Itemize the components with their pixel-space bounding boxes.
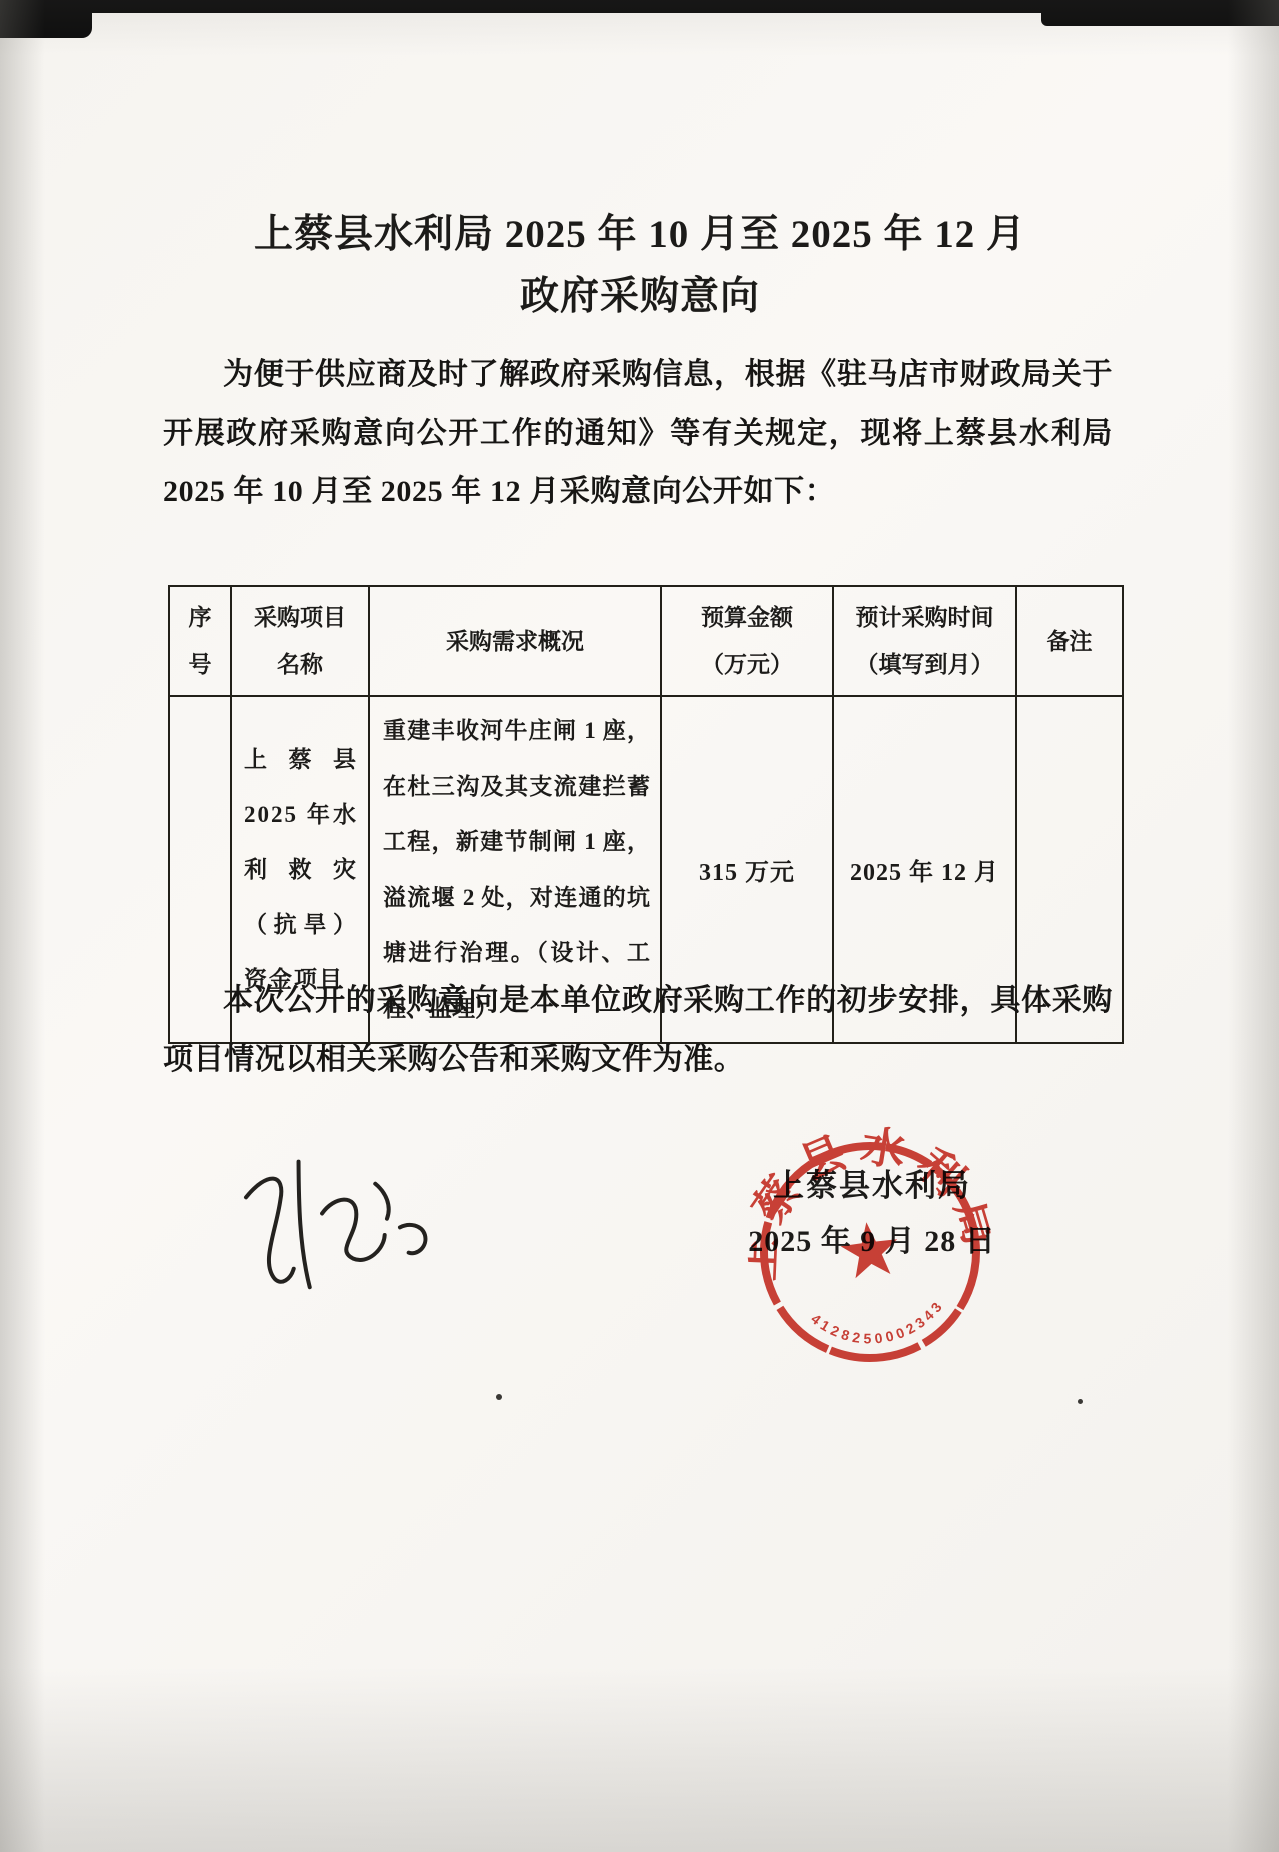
table-header-row: 序 号 采购项目 名称 采购需求概况 预算金额 （万元） 预计采购时间 （填写到… — [169, 586, 1123, 696]
official-red-seal: 上蔡县水利局 4128250002343 — [734, 1116, 1006, 1388]
scan-artifact-top-right — [1041, 0, 1279, 26]
document-title-line1: 上蔡县水利局 2025 年 10 月至 2025 年 12 月 — [160, 204, 1120, 266]
header-note: 备注 — [1016, 586, 1123, 696]
intro-paragraph: 为便于供应商及时了解政府采购信息，根据《驻马店市财政局关于开展政府采购意向公开工… — [163, 346, 1113, 522]
header-planned-time: 预计采购时间 （填写到月） — [833, 586, 1016, 696]
header-demand-overview: 采购需求概况 — [369, 586, 661, 696]
handwritten-signature — [232, 1146, 442, 1316]
header-seq: 序 号 — [169, 586, 231, 696]
scanned-document-page: 上蔡县水利局 2025 年 10 月至 2025 年 12 月 政府采购意向 为… — [0, 0, 1279, 1852]
header-project-name: 采购项目 名称 — [231, 586, 369, 696]
scan-dot-left — [496, 1394, 502, 1400]
document-title: 上蔡县水利局 2025 年 10 月至 2025 年 12 月 政府采购意向 — [160, 204, 1120, 328]
scan-dot-right — [1078, 1399, 1083, 1404]
scan-artifact-top-left — [0, 0, 92, 38]
header-budget: 预算金额 （万元） — [661, 586, 833, 696]
closing-paragraph: 本次公开的采购意向是本单位政府采购工作的初步安排，具体采购项目情况以相关采购公告… — [163, 972, 1113, 1089]
seal-star — [838, 1219, 901, 1280]
document-title-line2: 政府采购意向 — [160, 266, 1120, 328]
